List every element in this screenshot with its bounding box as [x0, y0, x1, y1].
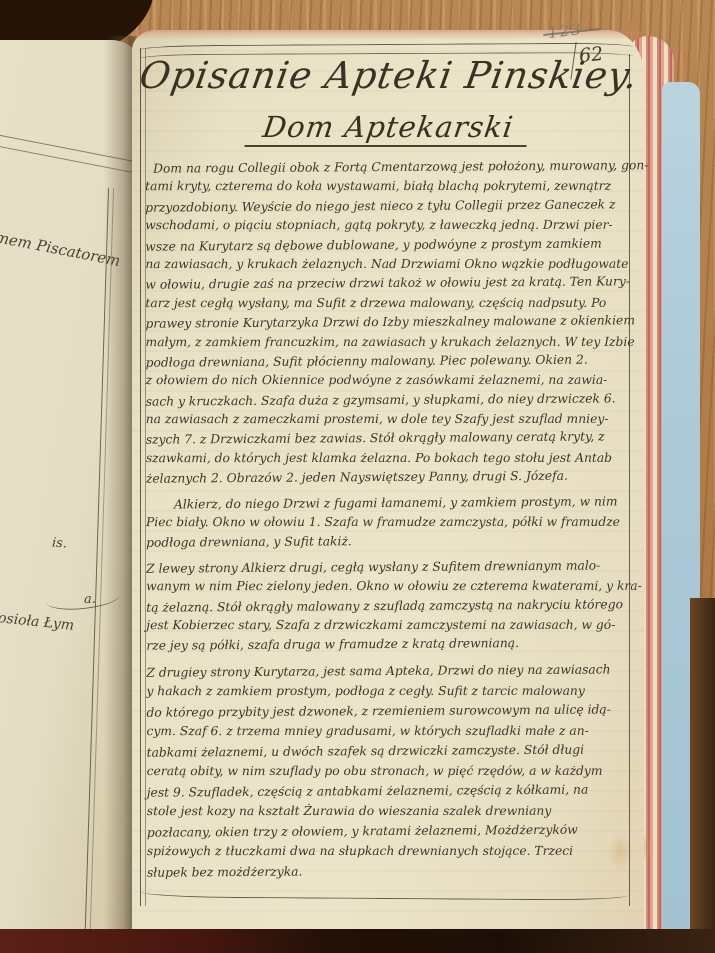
manuscript-line: szawkami, do których jest klamka żelazna… — [146, 449, 632, 469]
manuscript-line: do którego przybity jest dzwonek, z rzem… — [146, 699, 632, 722]
left-page-text-fragment: osioła Łym — [0, 610, 75, 634]
manuscript-line: małym, z zamkiem francuzkim, na zawiasac… — [146, 332, 632, 352]
manuscript-line: Z lewey strony Alkierz drugi, cegłą wysł… — [146, 556, 632, 579]
manuscript-line: Piec biały. Okno w ołowiu 1. Szafa w fra… — [146, 513, 632, 533]
manuscript-line: podłoga drewniana, Sufit płócienny malow… — [146, 350, 632, 373]
manuscript-line: rze jey są półki, szafa druga w framudze… — [146, 634, 632, 657]
book-cover-bottom-edge — [0, 929, 715, 953]
manuscript-line: ceratą obity, w nim szuflady po obu stro… — [147, 761, 633, 781]
manuscript-line: wschodami, o piąciu stopniach, gątą pokr… — [145, 216, 631, 236]
manuscript-line: szych 7. z Drzwiczkami bez zawias. Stół … — [146, 428, 632, 451]
manuscript-line: tabkami żelaznemi, u dwóch szafek są drz… — [147, 739, 633, 762]
manuscript-line: tami kryty, czterema do koła wystawami, … — [145, 177, 631, 197]
paragraph: Z drugiey strony Kurytarza, jest sama Ap… — [146, 660, 633, 881]
page-subtitle-wrap: Dom Aptekarski — [132, 110, 644, 147]
manuscript-line: pozłacany, okien trzy z ołowiem, y krata… — [147, 819, 633, 842]
manuscript-line: Z drugiey strony Kurytarza, jest sama Ap… — [146, 659, 632, 682]
ruled-frame-bottom-line — [141, 886, 629, 900]
manuscript-line: słupek bez możdżerzyka. — [147, 859, 633, 882]
manuscript-line: y hakach z zamkiem prostym, podłoga z ce… — [146, 681, 632, 701]
page-subtitle: Dom Aptekarski — [244, 110, 531, 147]
manuscript-line: wanym w nim Piec zielony jeden. Okno w o… — [146, 577, 632, 597]
manuscript-line: tą żelazną. Stół okrągły malowany z szuf… — [146, 595, 632, 618]
manuscript-line: z ołowiem do nich Okiennice podwóyne z z… — [146, 371, 632, 391]
manuscript-photo: mem Piscatorem is. a. osioła Łym Opisani… — [0, 0, 715, 953]
manuscript-line: Dom na rogu Collegii obok z Fortą Cmenta… — [145, 156, 631, 179]
manuscript-body: Dom na rogu Collegii obok z Fortą Cmenta… — [145, 157, 633, 881]
manuscript-line: wsze na Kurytarz są dębowe dublowane, y … — [145, 234, 631, 257]
manuscript-line: prawey stronie Kurytarzyka Drzwi do Izby… — [145, 311, 631, 334]
paragraph: Dom na rogu Collegii obok z Fortą Cmenta… — [145, 157, 632, 488]
manuscript-line: cym. Szaf 6. z trzema mniey gradusami, w… — [147, 721, 633, 741]
manuscript-line: w ołowiu, drugie zaś na przeciw drzwi ta… — [145, 273, 631, 296]
paragraph: Alkierz, do niego Drzwi z fugami łamanem… — [146, 493, 632, 552]
manuscript-line: przyozdobiony. Weyście do niego jest nie… — [145, 195, 631, 218]
manuscript-line: żelaznych 2. Obrazów 2. jeden Nayswiętsz… — [146, 467, 632, 490]
manuscript-line: Alkierz, do niego Drzwi z fugami łamanem… — [146, 492, 632, 515]
manuscript-line: sach y kruczkach. Szafa duża z gzymsami,… — [146, 389, 632, 412]
left-page-text-fragment: is. — [51, 535, 67, 551]
ink-folio-number: 62 — [578, 43, 604, 67]
manuscript-line: stole jest kozy na kształt Żurawia do wi… — [147, 801, 633, 821]
manuscript-line: jest 9. Szufladek, częścią z antabkami ż… — [147, 779, 633, 802]
manuscript-line: spiżowych z tłuczkami dwa na słupkach dr… — [147, 841, 633, 861]
page-title: Opisanie Apteki Pinskiey. — [137, 54, 638, 97]
paragraph: Z lewey strony Alkierz drugi, cegłą wysł… — [146, 557, 632, 655]
manuscript-page: Opisanie Apteki Pinskiey. Dom Aptekarski… — [132, 30, 644, 940]
manuscript-line: podłoga drewniana, y Sufit takiż. — [146, 531, 632, 554]
manuscript-line: tarz jest cegłą wysłany, ma Sufit z drze… — [145, 294, 631, 314]
manuscript-line: na zawiasach z zameczkami prostemi, w do… — [146, 410, 632, 430]
manuscript-line: na zawiasach, y krukach żelaznych. Nad D… — [145, 255, 631, 275]
book-cover-right-edge — [690, 598, 715, 953]
manuscript-line: jest Kobierzec stary, Szafa z drzwiczkam… — [146, 616, 632, 636]
